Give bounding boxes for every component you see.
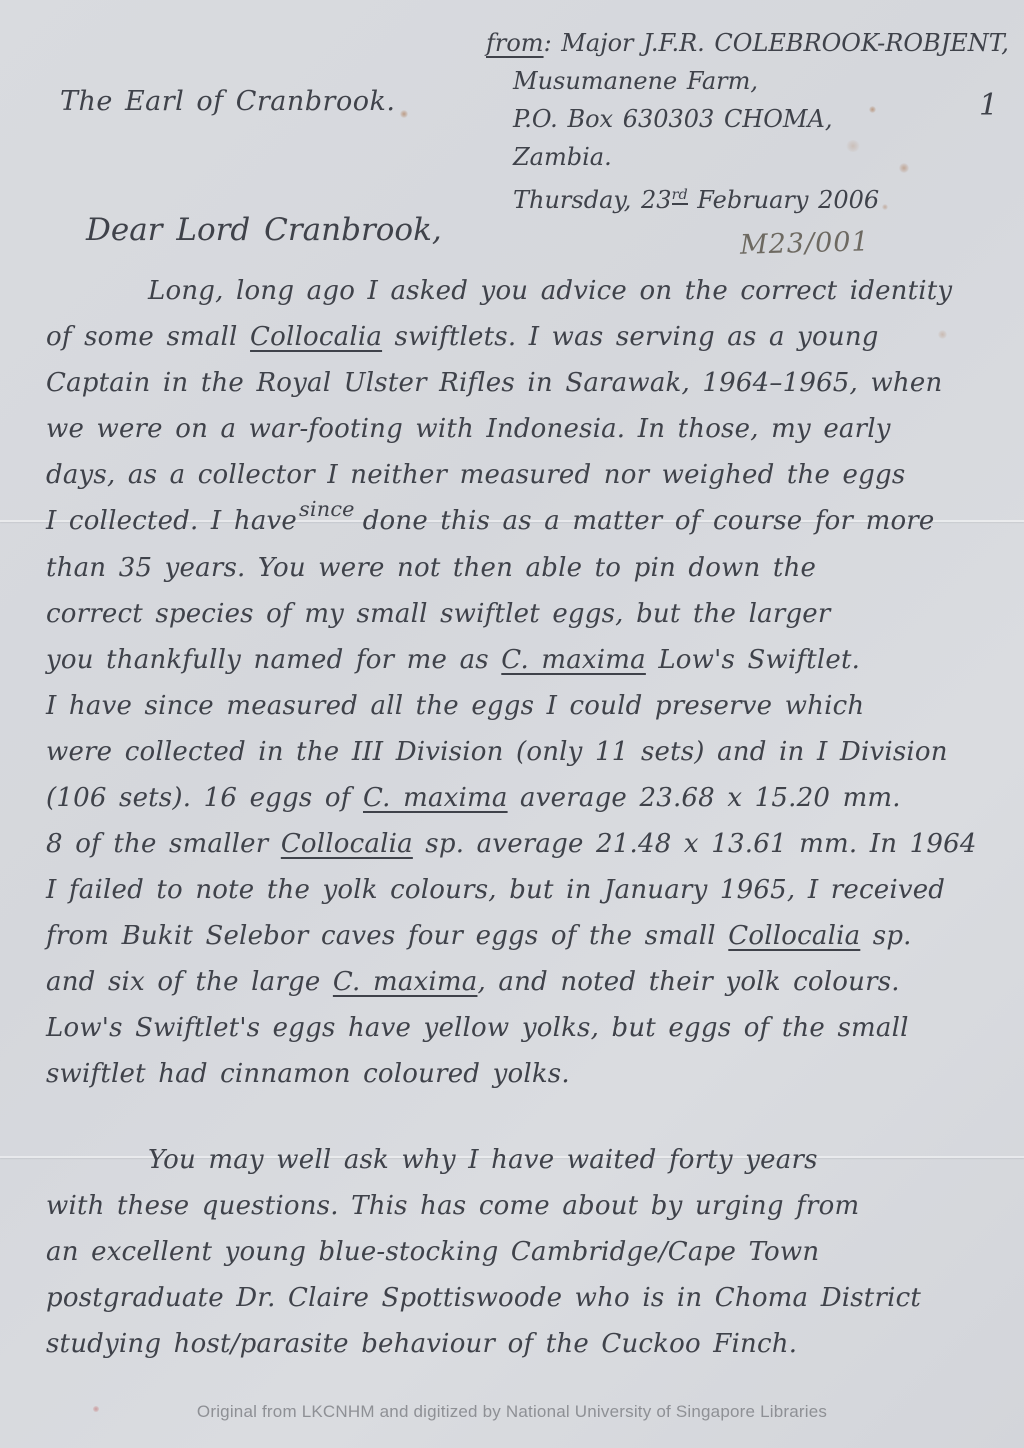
text-segment: and six of the large (46, 967, 333, 997)
underlined-species-name: Collocalia (281, 829, 413, 859)
text-segment: : Major J.F.R. COLEBROOK-ROBJENT, (544, 29, 1009, 57)
text-segment: swiftlet had cinnamon coloured yolks. (46, 1059, 570, 1089)
text-segment: of some small (46, 322, 250, 352)
text-segment: we were on a war-footing with Indonesia.… (46, 414, 891, 444)
text-segment: (106 sets). 16 eggs of (46, 783, 363, 813)
inserted-word: since (299, 486, 355, 532)
handwritten-line: from Bukit Selebor caves four eggs of th… (46, 913, 996, 959)
text-segment: sp. average 21.48 x 13.61 mm. In 1964 (413, 829, 977, 859)
archive-reference-pencil-annotation: M23/001 (740, 226, 870, 260)
text-segment: Captain in the Royal Ulster Rifles in Sa… (46, 368, 942, 398)
text-segment: than 35 years. You were not then able to… (46, 553, 816, 583)
underlined-species-name: Collocalia (728, 921, 860, 951)
handwritten-line: were collected in the III Division (only… (46, 729, 996, 775)
text-segment: P.O. Box 630303 CHOMA, (513, 105, 832, 133)
handwritten-line: than 35 years. You were not then able to… (46, 545, 996, 591)
underlined-species-name: C. maxima (333, 967, 478, 997)
paper-stain (400, 110, 408, 118)
handwritten-line: swiftlet had cinnamon coloured yolks. (46, 1051, 996, 1097)
handwritten-line: (106 sets). 16 eggs of C. maxima average… (46, 775, 996, 821)
underlined-species-name: C. maxima (363, 783, 508, 813)
text-segment: with these questions. This has come abou… (46, 1191, 859, 1221)
text-segment: from Bukit Selebor caves four eggs of th… (46, 921, 728, 951)
recipient-line: The Earl of Cranbrook. (60, 86, 395, 117)
text-segment: you thankfully named for me as (46, 645, 501, 675)
underlined-species-name: from (486, 29, 544, 57)
text-segment: I have since measured all the eggs I cou… (46, 691, 864, 721)
handwritten-line: Zambia. (486, 138, 1009, 176)
handwritten-line: I have since measured all the eggs I cou… (46, 683, 996, 729)
handwritten-line: 8 of the smaller Collocalia sp. average … (46, 821, 996, 867)
handwritten-line: an excellent young blue-stocking Cambrid… (46, 1229, 996, 1275)
handwritten-line: studying host/parasite behaviour of the … (46, 1321, 996, 1367)
handwritten-line: we were on a war-footing with Indonesia.… (46, 406, 996, 452)
underlined-species-name: Collocalia (250, 322, 382, 352)
sender-address-block: from: Major J.F.R. COLEBROOK-ROBJENT,Mus… (486, 24, 1009, 219)
ordinal-superscript: rd (672, 187, 688, 205)
text-segment: February 2006 (688, 186, 880, 214)
text-segment: Musumanene Farm, (513, 67, 758, 95)
text-segment: Long, long ago I asked you advice on the… (148, 276, 952, 306)
handwritten-line: and six of the large C. maxima, and note… (46, 959, 996, 1005)
handwritten-line: I failed to note the yolk colours, but i… (46, 867, 996, 913)
handwritten-line: postgraduate Dr. Claire Spottiswoode who… (46, 1275, 996, 1321)
text-segment: done this as a matter of course for more (363, 506, 935, 536)
page-number: 1 (979, 88, 998, 123)
handwritten-line: you thankfully named for me as C. maxima… (46, 637, 996, 683)
text-segment: correct species of my small swiftlet egg… (46, 599, 831, 629)
handwritten-line: You may well ask why I have waited forty… (46, 1137, 996, 1183)
text-segment: Low's Swiftlet's eggs have yellow yolks,… (46, 1013, 909, 1043)
text-segment: , and noted their yolk colours. (477, 967, 899, 997)
text-segment: average 23.68 x 15.20 mm. (508, 783, 901, 813)
handwritten-line: of some small Collocalia swiftlets. I wa… (46, 314, 996, 360)
text-segment: sp. (860, 921, 911, 951)
text-segment: Zambia. (513, 143, 612, 171)
digitization-credit-caption: Original from LKCNHM and digitized by Na… (0, 1402, 1024, 1422)
letter-body: Long, long ago I asked you advice on the… (46, 268, 996, 1367)
text-segment: postgraduate Dr. Claire Spottiswoode who… (46, 1283, 921, 1313)
text-segment: I failed to note the yolk colours, but i… (46, 875, 945, 905)
handwritten-line: Musumanene Farm, (486, 62, 1009, 100)
scanned-letter-page: The Earl of Cranbrook. from: Major J.F.R… (0, 0, 1024, 1448)
text-segment: Thursday, 23 (513, 186, 672, 214)
underlined-species-name: C. maxima (501, 645, 646, 675)
salutation: Dear Lord Cranbrook, (86, 212, 442, 248)
text-segment: I collected. I have (46, 506, 297, 536)
handwritten-line: Low's Swiftlet's eggs have yellow yolks,… (46, 1005, 996, 1051)
handwritten-line: days, as a collector I neither measured … (46, 452, 996, 498)
handwritten-line: with these questions. This has come abou… (46, 1183, 996, 1229)
handwritten-line: Captain in the Royal Ulster Rifles in Sa… (46, 360, 996, 406)
text-segment: an excellent young blue-stocking Cambrid… (46, 1237, 819, 1267)
handwritten-line: I collected. I havesincedone this as a m… (46, 498, 996, 545)
text-segment: You may well ask why I have waited forty… (148, 1145, 818, 1175)
handwritten-line: Thursday, 23rd February 2006 (486, 176, 1009, 219)
text-segment: swiftlets. I was serving as a young (382, 322, 879, 352)
handwritten-line: from: Major J.F.R. COLEBROOK-ROBJENT, (486, 24, 1009, 62)
letter-paragraph: You may well ask why I have waited forty… (46, 1137, 996, 1367)
text-segment: Low's Swiftlet. (646, 645, 860, 675)
letter-paragraph: Long, long ago I asked you advice on the… (46, 268, 996, 1097)
text-segment: studying host/parasite behaviour of the … (46, 1329, 797, 1359)
text-segment: days, as a collector I neither measured … (46, 460, 905, 490)
text-segment: were collected in the III Division (only… (46, 737, 948, 767)
handwritten-line: correct species of my small swiftlet egg… (46, 591, 996, 637)
text-segment: 8 of the smaller (46, 829, 281, 859)
handwritten-line: P.O. Box 630303 CHOMA, (486, 100, 1009, 138)
handwritten-line: Long, long ago I asked you advice on the… (46, 268, 996, 314)
